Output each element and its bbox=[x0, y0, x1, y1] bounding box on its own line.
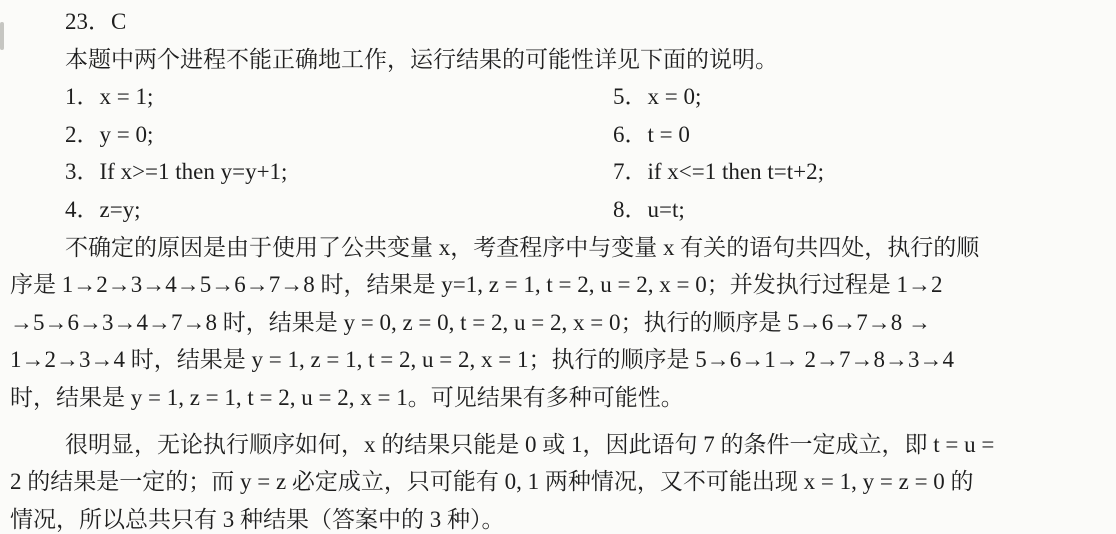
statement-2: 2．y = 0; bbox=[65, 116, 613, 154]
listing-row: 4．z=y; 8．u=t; bbox=[10, 191, 1110, 229]
conclusion-paragraph: 很明显，无论执行顺序如何，x 的结果只能是 0 或 1，因此语句 7 的条件一定… bbox=[10, 426, 1110, 534]
listing-row: 2．y = 0; 6．t = 0 bbox=[10, 116, 1110, 154]
scanned-answer-page: 23．C 本题中两个进程不能正确地工作，运行结果的可能性详见下面的说明。 1．x… bbox=[0, 0, 1116, 534]
intro-line: 本题中两个进程不能正确地工作，运行结果的可能性详见下面的说明。 bbox=[10, 41, 1110, 79]
statement-3: 3．If x>=1 then y=y+1; bbox=[65, 153, 613, 191]
statement-8: 8．u=t; bbox=[613, 191, 685, 229]
conclusion-line: 情况，所以总共只有 3 种结果（答案中的 3 种）。 bbox=[10, 501, 1110, 534]
program-listing: 1．x = 1; 5．x = 0; 2．y = 0; 6．t = 0 3．If … bbox=[10, 78, 1110, 228]
conclusion-line: 2 的结果是一定的；而 y = z 必定成立，只可能有 0, 1 两种情况，又不… bbox=[10, 463, 1110, 501]
conclusion-line: 很明显，无论执行顺序如何，x 的结果只能是 0 或 1，因此语句 7 的条件一定… bbox=[10, 426, 1110, 464]
statement-1: 1．x = 1; bbox=[65, 78, 613, 116]
statement-4: 4．z=y; bbox=[65, 191, 613, 229]
analysis-line: 序是 1→2→3→4→5→6→7→8 时，结果是 y=1, z = 1, t =… bbox=[10, 266, 1110, 304]
analysis-line: →5→6→3→4→7→8 时，结果是 y = 0, z = 0, t = 2, … bbox=[10, 304, 1110, 342]
analysis-line: 不确定的原因是由于使用了公共变量 x，考查程序中与变量 x 有关的语句共四处，执… bbox=[10, 229, 1110, 267]
listing-row: 3．If x>=1 then y=y+1; 7．if x<=1 then t=t… bbox=[10, 153, 1110, 191]
analysis-line: 1→2→3→4 时，结果是 y = 1, z = 1, t = 2, u = 2… bbox=[10, 341, 1110, 379]
analysis-line: 时，结果是 y = 1, z = 1, t = 2, u = 2, x = 1。… bbox=[10, 379, 1110, 417]
statement-5: 5．x = 0; bbox=[613, 78, 701, 116]
listing-row: 1．x = 1; 5．x = 0; bbox=[10, 78, 1110, 116]
analysis-paragraph: 不确定的原因是由于使用了公共变量 x，考查程序中与变量 x 有关的语句共四处，执… bbox=[10, 229, 1110, 417]
statement-6: 6．t = 0 bbox=[613, 116, 690, 154]
answer-heading: 23．C bbox=[10, 3, 1110, 41]
statement-7: 7．if x<=1 then t=t+2; bbox=[613, 153, 824, 191]
